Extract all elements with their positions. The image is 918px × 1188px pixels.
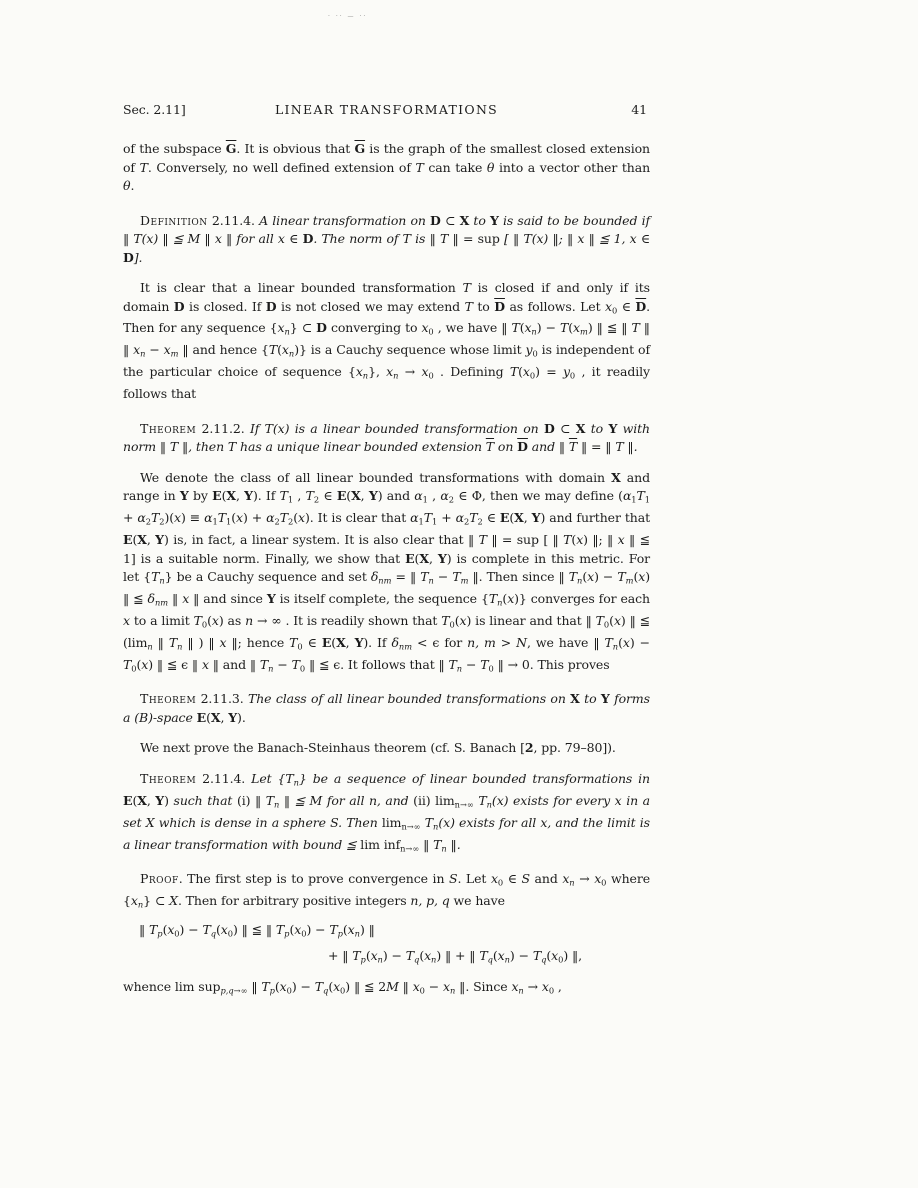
- page-header: Sec. 2.11] LINEAR TRANSFORMATIONS 41: [123, 101, 650, 117]
- definition-2-11-4: Definition 2.11.4. A linear transformati…: [123, 212, 650, 268]
- theorem-2-11-4: Theorem 2.11.4. Let {Tn} be a sequence o…: [123, 770, 650, 858]
- para-banach-steinhaus: We next prove the Banach-Steinhaus theor…: [123, 739, 650, 758]
- theorem-2-11-2: Theorem 2.11.2. If T(x) is a linear boun…: [123, 420, 650, 457]
- para-extension: It is clear that a linear bounded transf…: [123, 279, 650, 404]
- page-content: Sec. 2.11] LINEAR TRANSFORMATIONS 41 of …: [123, 101, 650, 1000]
- equation-line-1: ‖ Tp(x0) − Tq(x0) ‖ ≦ ‖ Tp(x0) − Tp(xn) …: [139, 921, 650, 943]
- running-title: LINEAR TRANSFORMATIONS: [275, 101, 498, 120]
- para-whence: whence lim supp,q→∞ ‖ Tp(x0) − Tq(x0) ‖ …: [123, 978, 650, 1000]
- proof-2-11-4: Proof. The first step is to prove conver…: [123, 870, 650, 914]
- para-class-of-transformations: We denote the class of all linear bounde…: [123, 469, 650, 678]
- equation-line-2: + ‖ Tp(xn) − Tq(xn) ‖ + ‖ Tq(xn) − Tq(x0…: [328, 947, 650, 969]
- book-page: · ·· — ·· Sec. 2.11] LINEAR TRANSFORMATI…: [0, 0, 918, 1188]
- scan-artifact: · ·· — ··: [328, 13, 367, 20]
- para-subspace-continuation: of the subspace G. It is obvious that G …: [123, 140, 650, 196]
- theorem-2-11-3: Theorem 2.11.3. The class of all linear …: [123, 690, 650, 727]
- page-number: 41: [631, 101, 647, 120]
- section-label: Sec. 2.11]: [123, 101, 186, 120]
